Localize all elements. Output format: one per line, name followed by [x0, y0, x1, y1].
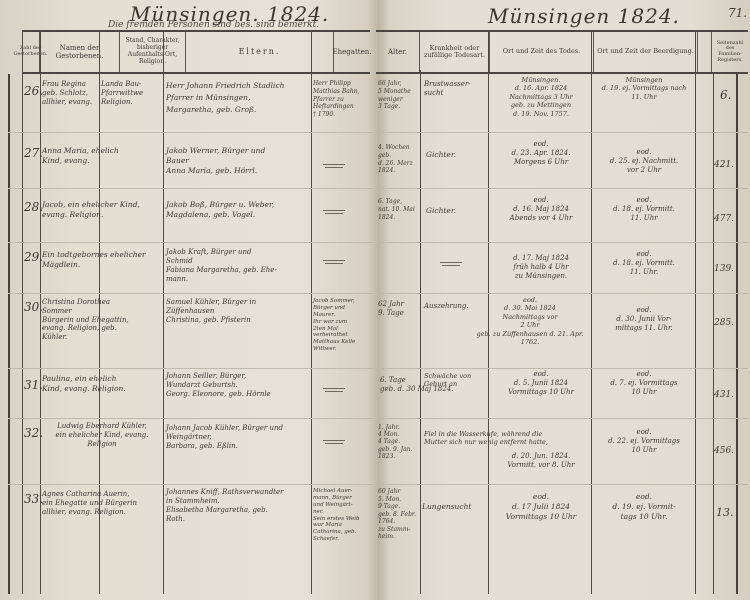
column-rule: [736, 74, 738, 594]
right-table-header: Alter. Krankheit oder zufällige Todesart…: [376, 30, 748, 74]
entry-eltern: Herr Johann Friedrich Stadlich Pfarrer i…: [166, 80, 311, 116]
entry-alter: 4. Wochen geb. d. 26. Merz 1824.: [378, 144, 420, 175]
empty-dash: [323, 260, 345, 261]
entry-beerdigung: eod. d. 18. ej. Vormitt. 11. Uhr: [595, 196, 693, 223]
entry-nr: 26.: [24, 84, 43, 100]
header-blank: [698, 32, 712, 72]
entry-krankheit: Brustwasser- sucht: [424, 80, 486, 98]
header-tod: Ort und Zeit des Todes.: [490, 32, 594, 72]
entry-nr: 28.: [24, 200, 43, 216]
entry-name: Ein todtgebornes ehelicher Mägdlein.: [42, 250, 162, 270]
entry-register: 139.: [714, 264, 734, 276]
empty-dash: [323, 164, 345, 165]
entry-name: Anna Maria, ehelich Kind, evang.: [42, 146, 162, 166]
entry-tod: eod. d. 5. Junii 1824 Vormittags 10 Uhr: [492, 370, 590, 397]
entry-beerdigung: eod. d. 19. ej. Vormit- tags 10 Uhr.: [595, 492, 693, 521]
entry-beerdigung: eod. d. 18. ej. Vormitt. 11. Uhr.: [595, 250, 693, 277]
left-table-header: Zahl der Gestorbenen. Namen der Gestorbe…: [22, 30, 370, 74]
entry-register: 456.: [714, 446, 734, 458]
entry-tod: d. 20. Jun. 1824. Vormitt. vor 8. Uhr: [492, 452, 590, 470]
entry-alter: 62 Jahr 9. Tage: [378, 300, 420, 318]
entry-krankheit: Gichter.: [426, 150, 488, 160]
column-rule: [311, 30, 312, 594]
header-ehegatten: Ehegatten.: [334, 32, 370, 72]
entry-alter: 60 Jahr 5. Mon. 9 Tage. geb. 8. Febr. 17…: [378, 488, 420, 541]
header-nr: Zahl der Gestorbenen.: [22, 32, 40, 72]
right-page-title: Münsingen 1824.: [488, 4, 680, 28]
entry-tod: Münsingen. d. 16. Apr. 1824 Nachmittags …: [492, 76, 590, 118]
entry-eltern: Johann Seiller, Bürger, Wundarzt Geburts…: [166, 372, 311, 399]
entry-krankheit: Gichter.: [426, 206, 488, 216]
entry-eltern: Johann Jacob Kühler, Bürger und Weingärt…: [166, 424, 311, 451]
row-divider: [8, 188, 748, 189]
column-rule: [695, 30, 696, 594]
entry-eltern: Samuel Kühler, Bürger in Züffenhausen Ch…: [166, 298, 311, 325]
entry-ehegatten: Jacob Sommer, Bürger und Maurer. Ihr war…: [313, 298, 369, 353]
entry-name: Frau Regina geb. Schlotz, allhier, evang…: [42, 80, 102, 107]
entry-krankheit: Schwäche von Geburt an: [424, 372, 486, 389]
header-register: Seitenzahl des Familien-Registers.: [712, 32, 748, 72]
entry-tod: eod. d. 30. Mai 1824 Nachmittags vor 2 U…: [460, 296, 600, 347]
row-divider: [8, 418, 748, 419]
empty-dash: [323, 440, 345, 441]
column-rule: [22, 30, 23, 594]
entry-nr: 27.: [24, 146, 43, 162]
column-rule: [713, 74, 714, 594]
header-beerdigung: Ort und Zeit der Beerdigung.: [594, 32, 698, 72]
entry-name: Christina Dorothea Sommer Bürgerin und E…: [42, 298, 162, 342]
page-number: 71.: [728, 6, 747, 20]
row-divider: [8, 484, 748, 485]
entry-beerdigung: eod. d. 22. ej. Vormittags 10 Uhr: [595, 428, 693, 455]
entry-alter: 6. Tage, nat. 10. Mai 1824.: [378, 198, 420, 221]
entry-tod: eod. d. 16. Maj 1824 Abends vor 4 Uhr: [492, 196, 590, 223]
entry-register: 431.: [714, 390, 734, 402]
entry-krankheit: Lungensucht: [422, 502, 490, 512]
entry-nr: 30.: [24, 300, 43, 316]
column-rule: [420, 70, 421, 594]
entry-eltern: Jakob Werner, Bürger und Bauer Anna Mari…: [166, 146, 311, 175]
entry-stand: Landa Bau- Pfarrwittwe Religion.: [101, 80, 161, 107]
entry-register: 285.: [714, 318, 734, 330]
header-namen: Namen der Gestorbenen.: [40, 32, 120, 72]
entry-eltern: Jakob Boß, Bürger u. Weber, Magdalena, g…: [166, 200, 311, 220]
entry-nr: 31.: [24, 378, 43, 394]
entry-tod: eod. d. 23. Apr. 1824. Morgens 6 Uhr: [492, 140, 590, 167]
header-alter: Alter.: [376, 32, 420, 72]
header-krankheit: Krankheit oder zufällige Todesart.: [420, 32, 490, 72]
entry-ehegatten: Michael Auer- mann, Bürger und Weingärt-…: [313, 488, 369, 543]
entry-name: Agnes Catharina Auerin, ein Ehegatte und…: [42, 490, 162, 517]
left-page-subtitle: Die fremden Personen sind bes. sind beme…: [108, 20, 319, 30]
row-divider: [8, 368, 748, 369]
empty-dash: [323, 210, 345, 211]
row-divider: [8, 242, 748, 243]
entry-nr: 32.: [24, 426, 43, 442]
entry-register: 6.: [720, 88, 731, 104]
register-book-spread: Münsingen. 1824. Die fremden Personen si…: [0, 0, 750, 600]
entry-name: Jacob, ein ehelicher Kind, evang. Religi…: [42, 200, 162, 220]
empty-dash: [440, 262, 462, 263]
entry-register: 477.: [714, 214, 734, 226]
entry-register: 421.: [714, 160, 734, 172]
entry-alter: 1. Jahr. 4 Mon. 4 Tage. geb. 9. Jan. 182…: [378, 424, 420, 460]
entry-krankheit: Fiel in die Wasserkufe, während die Mutt…: [424, 430, 594, 447]
column-rule: [163, 30, 164, 594]
entry-nr: 29.: [24, 250, 43, 266]
entry-ehegatten: Herr Philipp Matthias Bahn, Pfarrer zu H…: [313, 80, 365, 119]
entry-beerdigung: Münsingen d. 19. ej. Vormittags nach 11.…: [595, 76, 693, 101]
entry-name: Paulina, ein ehelich Kind, evang. Religi…: [42, 374, 162, 394]
entry-alter: 66 Jahr, 5 Monathe weniger 3 Tage.: [378, 80, 420, 111]
entry-eltern: Johannes Kniff, Rathsverwandter in Stamm…: [166, 488, 311, 524]
entry-nr: 33.: [24, 492, 43, 508]
header-stand: Stand, Charakter, bisheriger Aufenthalts…: [120, 32, 186, 72]
entry-tod: eod. d. 17 Julii 1824 Vormittags 10 Uhr: [492, 492, 590, 521]
row-divider: [8, 293, 748, 294]
entry-beerdigung: eod. d. 7. ej. Vormittags 10 Uhr: [595, 370, 693, 397]
entry-name: Ludwig Eberhard Kühler, ein ehelicher Ki…: [42, 422, 162, 449]
entry-register: 13.: [716, 506, 734, 520]
row-divider: [8, 132, 748, 133]
entry-eltern: Jakob Kraft, Bürger und Schmid Fabiana M…: [166, 248, 311, 284]
column-rule: [8, 74, 10, 594]
empty-dash: [323, 388, 345, 389]
entry-beerdigung: eod. d. 25. ej. Nachmitt. vor 2 Uhr: [595, 148, 693, 175]
entry-tod: d. 17. Maj 1824 früh halb 4 Uhr zu Münsi…: [492, 254, 590, 281]
entry-beerdigung: eod. d. 30. Junii Vor- mittags 11. Uhr.: [595, 306, 693, 333]
